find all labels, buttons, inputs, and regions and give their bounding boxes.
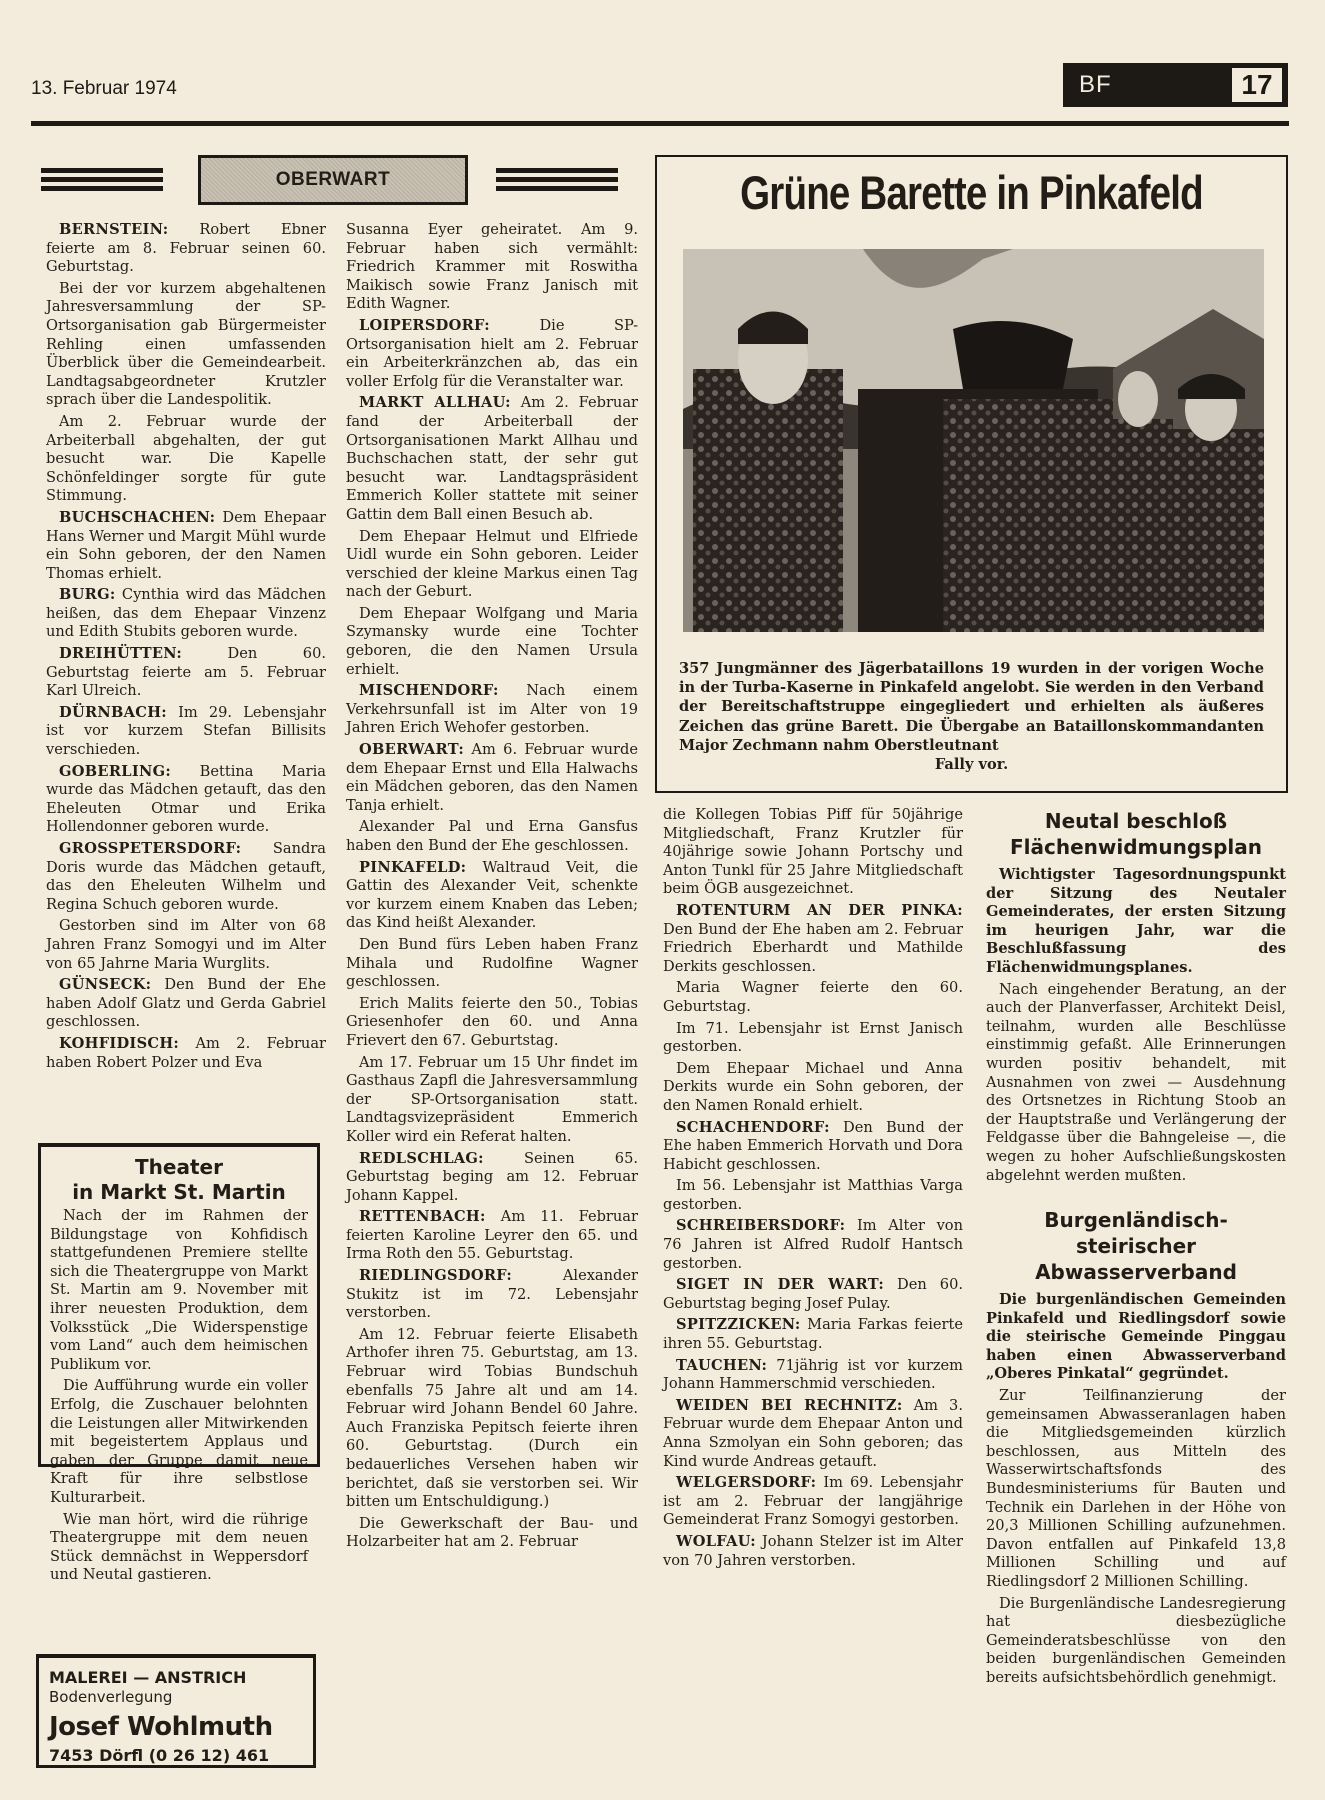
place-name: RETTENBACH: bbox=[359, 1208, 486, 1225]
decorative-rules-left bbox=[41, 168, 163, 196]
theater-headline-line2: in Markt St. Martin bbox=[50, 1180, 308, 1205]
news-item: REDLSCHLAG: Seinen 65. Geburtstag beging… bbox=[346, 1150, 638, 1206]
news-item: ROTENTURM AN DER PINKA: Den Bund der Ehe… bbox=[663, 902, 963, 976]
news-text: Den Bund fürs Leben haben Franz Mihala u… bbox=[346, 936, 638, 990]
news-item: Im 71. Lebensjahr ist Ernst Janisch gest… bbox=[663, 1020, 963, 1057]
news-item: BERNSTEIN: Robert Ebner feierte am 8. Fe… bbox=[46, 221, 326, 277]
news-text: Erich Malits feierte den 50., Tobias Gri… bbox=[346, 995, 638, 1049]
news-item: WOLFAU: Johann Stelzer ist im Alter von … bbox=[663, 1533, 963, 1570]
news-text: Bei der vor kurzem abgehaltenen Jahresve… bbox=[46, 280, 326, 409]
news-item: WELGERSDORF: Im 69. Lebensjahr ist am 2.… bbox=[663, 1474, 963, 1530]
theater-article-box: Theater in Markt St. Martin Nach der im … bbox=[38, 1143, 320, 1467]
news-item: Gestorben sind im Alter von 68 Jahren Fr… bbox=[46, 917, 326, 973]
place-name: MARKT ALLHAU: bbox=[359, 394, 511, 411]
news-item: BUCHSCHACHEN: Dem Ehepaar Hans Werner un… bbox=[46, 509, 326, 583]
place-name: BUCHSCHACHEN: bbox=[59, 509, 215, 526]
news-item: Erich Malits feierte den 50., Tobias Gri… bbox=[346, 995, 638, 1051]
news-photo bbox=[683, 249, 1264, 632]
news-item: GÜNSECK: Den Bund der Ehe haben Adolf Gl… bbox=[46, 976, 326, 1032]
place-name: SCHREIBERSDORF: bbox=[676, 1217, 845, 1234]
place-name: SCHACHENDORF: bbox=[676, 1119, 830, 1136]
photo-caption: 357 Jungmänner des Jägerbataillons 19 wu… bbox=[679, 659, 1264, 774]
place-name: KOHFIDISCH: bbox=[59, 1035, 179, 1052]
news-item: DREIHÜTTEN: Den 60. Geburtstag feierte a… bbox=[46, 645, 326, 701]
place-name: PINKAFELD: bbox=[359, 859, 466, 876]
place-name: GÜNSECK: bbox=[59, 976, 151, 993]
news-item: TAUCHEN: 71jährig ist vor kurzem Johann … bbox=[663, 1357, 963, 1394]
news-item: MARKT ALLHAU: Am 2. Februar fand der Arb… bbox=[346, 394, 638, 524]
news-item: Am 17. Februar um 15 Uhr findet im Gasth… bbox=[346, 1054, 638, 1147]
news-text: Die Gewerkschaft der Bau- und Holzarbeit… bbox=[346, 1515, 638, 1551]
ad-subtitle: Bodenverlegung bbox=[49, 1688, 303, 1706]
theater-paragraph: Nach der im Rahmen der Bildungstage von … bbox=[50, 1207, 308, 1374]
news-item: Maria Wagner feierte den 60. Geburtstag. bbox=[663, 979, 963, 1016]
place-name: DREIHÜTTEN: bbox=[59, 645, 182, 662]
place-name: BURG: bbox=[59, 586, 116, 603]
news-text: Im 56. Lebensjahr ist Matthias Varga ges… bbox=[663, 1177, 963, 1213]
place-name: WELGERSDORF: bbox=[676, 1474, 816, 1491]
news-item: Den Bund fürs Leben haben Franz Mihala u… bbox=[346, 936, 638, 992]
theater-paragraph: Die Aufführung wurde ein voller Erfolg, … bbox=[50, 1377, 308, 1507]
publication-code: BF bbox=[1079, 71, 1112, 99]
news-text: Am 12. Februar feierte Elisabeth Arthofe… bbox=[346, 1326, 638, 1510]
news-item: Alexander Pal und Erna Gansfus haben den… bbox=[346, 818, 638, 855]
column-2: Susanna Eyer geheiratet. Am 9. Februar h… bbox=[346, 221, 638, 1555]
place-name: RIEDLINGSDORF: bbox=[359, 1267, 512, 1284]
place-name: TAUCHEN: bbox=[676, 1357, 767, 1374]
photo-story-headline: Grüne Barette in Pinkafeld bbox=[714, 165, 1230, 220]
news-text: Dem Ehepaar Wolfgang und Maria Szymansky… bbox=[346, 605, 638, 678]
abwasser-headline: Burgenländisch- steirischer Abwasserverb… bbox=[986, 1207, 1286, 1285]
place-name: SPITZZICKEN: bbox=[676, 1316, 801, 1333]
place-name: REDLSCHLAG: bbox=[359, 1150, 484, 1167]
news-item: WEIDEN BEI RECHNITZ: Am 3. Februar wurde… bbox=[663, 1397, 963, 1471]
column-1: BERNSTEIN: Robert Ebner feierte am 8. Fe… bbox=[46, 221, 326, 1075]
news-item: Susanna Eyer geheiratet. Am 9. Februar h… bbox=[346, 221, 638, 314]
news-text: Am 2. Februar fand der Arbeiterball der … bbox=[346, 394, 638, 523]
place-name: MISCHENDORF: bbox=[359, 682, 499, 699]
news-item: RETTENBACH: Am 11. Februar feierten Karo… bbox=[346, 1208, 638, 1264]
ad-services: MALEREI — ANSTRICH bbox=[49, 1668, 303, 1687]
news-item: KOHFIDISCH: Am 2. Februar haben Robert P… bbox=[46, 1035, 326, 1072]
column-3: die Kollegen Tobias Piff für 50jährige M… bbox=[663, 806, 963, 1573]
news-item: Dem Ehepaar Wolfgang und Maria Szymansky… bbox=[346, 605, 638, 679]
place-name: OBERWART: bbox=[359, 741, 464, 758]
header-rule bbox=[31, 121, 1289, 126]
news-item: OBERWART: Am 6. Februar wurde dem Ehepaa… bbox=[346, 741, 638, 815]
ad-address-phone: 7453 Dörfl (0 26 12) 461 bbox=[49, 1746, 303, 1765]
news-item: MISCHENDORF: Nach einem Verkehrsunfall i… bbox=[346, 682, 638, 738]
section-title: OBERWART bbox=[198, 155, 468, 205]
photo-caption-end: Fally vor. bbox=[679, 755, 1264, 774]
news-text: Alexander Pal und Erna Gansfus haben den… bbox=[346, 818, 638, 854]
soldiers-photo-illustration bbox=[683, 249, 1264, 632]
neutal-headline-line2: Flächenwidmungsplan bbox=[986, 834, 1286, 860]
news-text: Dem Ehepaar Michael und Anna Derkits wur… bbox=[663, 1060, 963, 1114]
news-item: Die Gewerkschaft der Bau- und Holzarbeit… bbox=[346, 1515, 638, 1552]
news-item: Dem Ehepaar Helmut und Elfriede Uidl wur… bbox=[346, 528, 638, 602]
neutal-headline: Neutal beschloß Flächenwidmungsplan bbox=[986, 808, 1286, 860]
theater-paragraph: Wie man hört, wird die rührige Theatergr… bbox=[50, 1511, 308, 1585]
news-text: Gestorben sind im Alter von 68 Jahren Fr… bbox=[46, 917, 326, 971]
news-text: Maria Wagner feierte den 60. Geburtstag. bbox=[663, 979, 963, 1015]
place-name: GOBERLING: bbox=[59, 763, 171, 780]
news-item: PINKAFELD: Waltraud Veit, die Gattin des… bbox=[346, 859, 638, 933]
place-name: SIGET IN DER WART: bbox=[676, 1276, 884, 1293]
photo-caption-text: 357 Jungmänner des Jägerbataillons 19 wu… bbox=[679, 660, 1264, 754]
news-item: SIGET IN DER WART: Den 60. Geburtstag be… bbox=[663, 1276, 963, 1313]
news-item: GOBERLING: Bettina Maria wurde das Mädch… bbox=[46, 763, 326, 837]
abwasser-body: Zur Teilfinanzierung der gemeinsamen Abw… bbox=[986, 1387, 1286, 1592]
place-name: ROTENTURM AN DER PINKA: bbox=[676, 902, 963, 919]
decorative-rules-right bbox=[496, 168, 618, 196]
place-name: WOLFAU: bbox=[676, 1533, 756, 1550]
page-badge: BF 17 bbox=[1063, 63, 1288, 107]
page-number: 17 bbox=[1232, 68, 1282, 102]
advertisement-box: MALEREI — ANSTRICH Bodenverlegung Josef … bbox=[36, 1654, 316, 1768]
ad-business-name: Josef Wohlmuth bbox=[49, 1712, 303, 1742]
place-name: LOIPERSDORF: bbox=[359, 317, 490, 334]
news-item: LOIPERSDORF: Die SP-Ortsorganisation hie… bbox=[346, 317, 638, 391]
page-date: 13. Februar 1974 bbox=[31, 78, 177, 100]
news-text: Im 71. Lebensjahr ist Ernst Janisch gest… bbox=[663, 1020, 963, 1056]
news-item: SPITZZICKEN: Maria Farkas feierte ihren … bbox=[663, 1316, 963, 1353]
place-name: GROSSPETERSDORF: bbox=[59, 840, 241, 857]
abwasser-headline-line3: Abwasserverband bbox=[986, 1259, 1286, 1285]
photo-story-box: Grüne Barette in Pinkafeld bbox=[655, 155, 1288, 793]
news-item: BURG: Cynthia wird das Mädchen heißen, d… bbox=[46, 586, 326, 642]
news-item: DÜRNBACH: Im 29. Lebensjahr ist vor kurz… bbox=[46, 704, 326, 760]
news-item: Am 2. Februar wurde der Arbeiterball abg… bbox=[46, 413, 326, 506]
abwasser-headline-line2: steirischer bbox=[986, 1233, 1286, 1259]
neutal-lead: Wichtigster Tagesordnungspunkt der Sitzu… bbox=[986, 866, 1286, 978]
abwasser-lead: Die burgenländischen Gemeinden Pinkafeld… bbox=[986, 1291, 1286, 1384]
news-item: die Kollegen Tobias Piff für 50jährige M… bbox=[663, 806, 963, 899]
news-item: SCHREIBERSDORF: Im Alter von 76 Jahren i… bbox=[663, 1217, 963, 1273]
news-item: Am 12. Februar feierte Elisabeth Arthofe… bbox=[346, 1326, 638, 1512]
news-item: SCHACHENDORF: Den Bund der Ehe haben Emm… bbox=[663, 1119, 963, 1175]
news-text: Dem Ehepaar Helmut und Elfriede Uidl wur… bbox=[346, 528, 638, 601]
neutal-headline-line1: Neutal beschloß bbox=[986, 808, 1286, 834]
news-item: Im 56. Lebensjahr ist Matthias Varga ges… bbox=[663, 1177, 963, 1214]
news-item: RIEDLINGSDORF: Alexander Stukitz ist im … bbox=[346, 1267, 638, 1323]
theater-headline-line1: Theater bbox=[50, 1155, 308, 1180]
neutal-body: Nach eingehender Beratung, an der auch d… bbox=[986, 981, 1286, 1186]
news-item: Dem Ehepaar Michael und Anna Derkits wur… bbox=[663, 1060, 963, 1116]
news-item: GROSSPETERSDORF: Sandra Doris wurde das … bbox=[46, 840, 326, 914]
news-text: die Kollegen Tobias Piff für 50jährige M… bbox=[663, 806, 963, 897]
theater-body: Nach der im Rahmen der Bildungstage von … bbox=[50, 1207, 308, 1585]
news-item: Bei der vor kurzem abgehaltenen Jahresve… bbox=[46, 280, 326, 410]
news-text: Am 2. Februar wurde der Arbeiterball abg… bbox=[46, 413, 326, 504]
place-name: BERNSTEIN: bbox=[59, 221, 168, 238]
news-text: Den Bund der Ehe haben am 2. Februar Fri… bbox=[663, 921, 963, 975]
place-name: DÜRNBACH: bbox=[59, 704, 167, 721]
news-text: Susanna Eyer geheiratet. Am 9. Februar h… bbox=[346, 221, 638, 312]
column-4: Neutal beschloß Flächenwidmungsplan Wich… bbox=[986, 808, 1286, 1691]
abwasser-headline-line1: Burgenländisch- bbox=[986, 1207, 1286, 1233]
place-name: WEIDEN BEI RECHNITZ: bbox=[676, 1397, 903, 1414]
news-text: Am 17. Februar um 15 Uhr findet im Gasth… bbox=[346, 1054, 638, 1145]
abwasser-body: Die Burgenländische Landesregierung hat … bbox=[986, 1595, 1286, 1688]
